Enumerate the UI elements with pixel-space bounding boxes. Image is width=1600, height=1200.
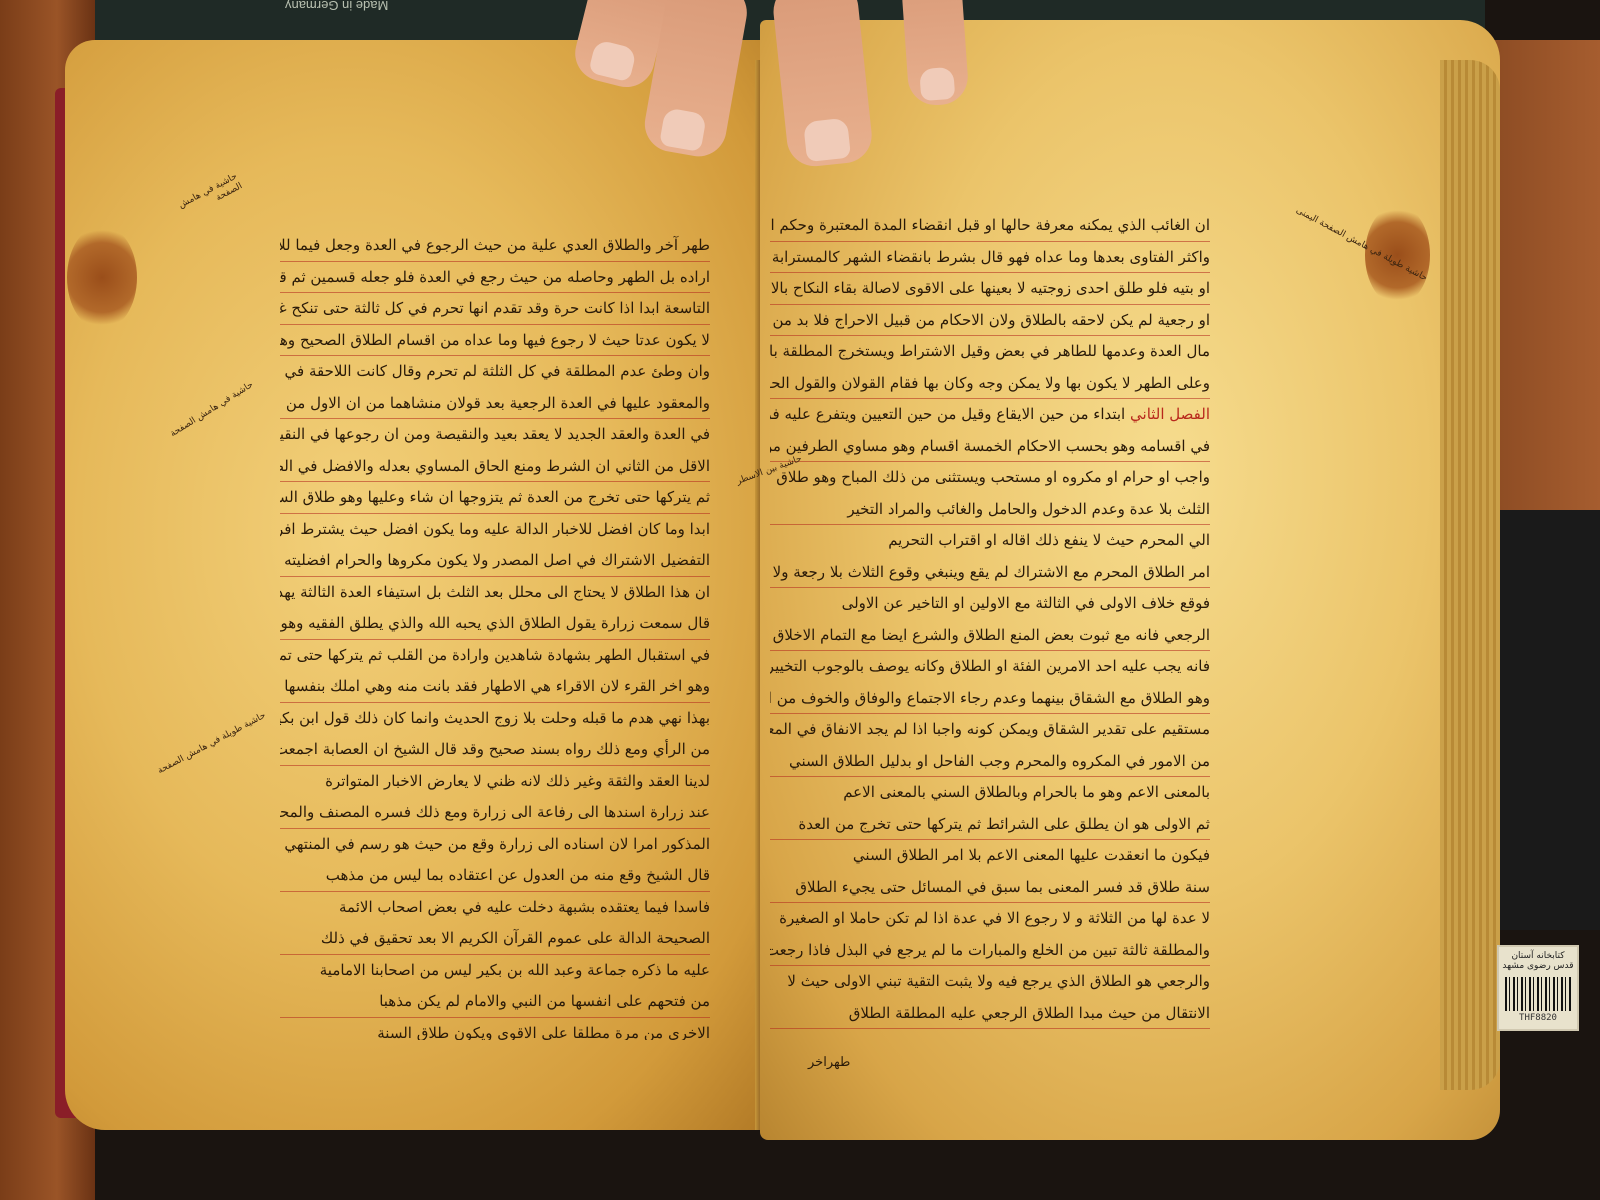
barcode — [1505, 977, 1571, 1011]
text-line: وان وطئ عدم المطلقة في كل الثلثة لم تحرم… — [280, 356, 710, 388]
line-text: الصحيحة الدالة على عموم القرآن الكريم ال… — [321, 929, 710, 947]
line-text: التفضيل الاشتراك في اصل المصدر ولا يكون … — [280, 551, 710, 569]
text-line: الاقل من الثاني ان الشرط ومنع الحاق المس… — [280, 451, 710, 483]
line-text: طهر آخر والطلاق العدي علية من حيث الرجوع… — [280, 236, 710, 254]
text-line: ثم يتركها حتى تخرج من العدة ثم يتزوجها ا… — [280, 482, 710, 514]
text-line: واكثر الفتاوى بعدها وما عداه فهو قال بشر… — [770, 242, 1210, 274]
line-text: والمعقود عليها في العدة الرجعية بعد قولا… — [280, 394, 710, 412]
text-line: من الامور في المكروه والمحرم وجب الفاحل … — [770, 746, 1210, 778]
line-text: وان وطئ عدم المطلقة في كل الثلثة لم تحرم… — [280, 362, 710, 380]
line-text: سنة طلاق قد فسر المعنى بما سبق في المسائ… — [795, 878, 1210, 896]
text-line: طهر آخر والطلاق العدي علية من حيث الرجوع… — [280, 230, 710, 262]
line-text: وهو اخر القرء لان الاقراء هي الاطهار فقد… — [280, 677, 710, 695]
text-line: مال العدة وعدمها للطاهر في بعض وقيل الاش… — [770, 336, 1210, 368]
line-text: فاسدا فيما يعتقده بشبهة دخلت عليه في بعض… — [339, 898, 710, 916]
line-text: من الرأي ومع ذلك رواه بسند صحيح وقد قال … — [280, 740, 710, 758]
line-text: الاخرى من مرة مطلقا على الاقوى ويكون طلا… — [377, 1024, 710, 1041]
line-text: وعلى الطهر لا يكون بها ولا يمكن وجه وكان… — [770, 374, 1210, 392]
text-line: ثم الاولى هو ان يطلق على الشرائط ثم يترك… — [770, 809, 1210, 841]
text-line: ابدا وما كان افضل للاخبار الدالة عليه وم… — [280, 514, 710, 546]
line-text: بالمعنى الاعم وهو ما بالحرام وبالطلاق ال… — [843, 783, 1210, 801]
dark-book-spine — [1500, 510, 1600, 930]
text-line: الثلث بلا عدة وعدم الدخول والحامل والغائ… — [770, 494, 1210, 526]
text-line: او الانتقال من حيث يطلق طلاقا على الشراي… — [770, 1029, 1210, 1030]
line-text: قال الشيخ وقع منه من العدول عن اعتقاده ب… — [326, 866, 710, 884]
catchword: طهراخر — [808, 1055, 850, 1070]
line-text: ثم الاولى هو ان يطلق على الشرائط ثم يترك… — [798, 815, 1210, 833]
left-page: طهر آخر والطلاق العدي علية من حيث الرجوع… — [65, 40, 775, 1130]
text-line: لا عدة لها من الثلاثة و لا رجوع الا في ع… — [770, 903, 1210, 935]
text-line: في العدة والعقد الجديد لا يعقد بعيد والن… — [280, 419, 710, 451]
line-text: من فتحهم على انفسها من النبي والامام لم … — [379, 992, 710, 1010]
text-line: عليه ما ذكره جماعة وعبد الله بن بكير ليس… — [280, 955, 710, 987]
text-line: الصحيحة الدالة على عموم القرآن الكريم ال… — [280, 923, 710, 955]
text-line: الفصل الثاني ابتداء من حين الايقاع وقيل … — [770, 399, 1210, 431]
line-text: فيكون ما انعقدت عليها المعنى الاعم بلا ا… — [853, 846, 1210, 864]
fingernail — [919, 67, 955, 101]
line-text: لا عدة لها من الثلاثة و لا رجوع الا في ع… — [779, 909, 1210, 927]
text-line: والمطلقة ثالثة تبين من الخلع والمبارات م… — [770, 935, 1210, 967]
text-line: او بتيه فلو طلق احدى زوجتيه لا بعينها عل… — [770, 273, 1210, 305]
line-text: واجب او حرام او مكروه او مستحب ويستثنى م… — [770, 468, 1210, 486]
text-line: التفضيل الاشتراك في اصل المصدر ولا يكون … — [280, 545, 710, 577]
line-text: في العدة والعقد الجديد لا يعقد بعيد والن… — [280, 425, 710, 443]
water-stain — [67, 225, 137, 330]
line-text: في اقسامه وهو بحسب الاحكام الخمسة اقسام … — [770, 437, 1210, 455]
text-line: فيكون ما انعقدت عليها المعنى الاعم بلا ا… — [770, 840, 1210, 872]
line-text: لدينا العقد والثقة وغير ذلك لانه ظني لا … — [325, 772, 710, 790]
marginalia-top-left: حاشية في هامش الصفحة — [155, 171, 295, 328]
fingernail — [588, 39, 637, 82]
library-label-text: کتابخانه آستان قدس رضوی مشهد — [1499, 947, 1577, 975]
text-line: الانتقال من حيث مبدا الطلاق الرجعي عليه … — [770, 998, 1210, 1030]
line-text: المذكور امرا لان اسناده الى زرارة وقع من… — [284, 835, 710, 853]
line-text: ان هذا الطلاق لا يحتاج الى محلل بعد الثل… — [280, 583, 710, 601]
line-text: بهذا نهي هدم ما قبله وحلت بلا زوج الحديث… — [280, 709, 710, 727]
text-line: الي المحرم حيث لا ينفع ذلك اقاله او اقتر… — [770, 525, 1210, 557]
text-line: في استقبال الطهر بشهادة شاهدين وارادة من… — [280, 640, 710, 672]
text-line: لا يكون عدتا حيث لا رجوع فيها وما عداه م… — [280, 325, 710, 357]
text-line: والمعقود عليها في العدة الرجعية بعد قولا… — [280, 388, 710, 420]
line-text: من الامور في المكروه والمحرم وجب الفاحل … — [789, 752, 1210, 770]
line-text: الانتقال من حيث مبدا الطلاق الرجعي عليه … — [849, 1004, 1210, 1022]
line-text: عند زرارة اسندها الى رفاعة الى زرارة ومع… — [280, 803, 710, 821]
text-line: سنة طلاق قد فسر المعنى بما سبق في المسائ… — [770, 872, 1210, 904]
page-edges — [1440, 60, 1500, 1090]
barcode-id: THF8820 — [1499, 1013, 1577, 1023]
text-line: ان الغائب الذي يمكنه معرفة حالها او قبل … — [770, 210, 1210, 242]
line-text: في استقبال الطهر بشهادة شاهدين وارادة من… — [280, 646, 710, 664]
line-text: ابدا وما كان افضل للاخبار الدالة عليه وم… — [280, 520, 710, 538]
line-text: الي المحرم حيث لا ينفع ذلك اقاله او اقتر… — [888, 531, 1210, 549]
text-line: والرجعي هو الطلاق الذي يرجع فيه ولا يثبت… — [770, 966, 1210, 998]
text-line: وهو اخر القرء لان الاقراء هي الاطهار فقد… — [280, 671, 710, 703]
line-text: عليه ما ذكره جماعة وعبد الله بن بكير ليس… — [320, 961, 710, 979]
text-line: من الرأي ومع ذلك رواه بسند صحيح وقد قال … — [280, 734, 710, 766]
text-line: التاسعة ابدا اذا كانت حرة وقد تقدم انها … — [280, 293, 710, 325]
text-line: وعلى الطهر لا يكون بها ولا يمكن وجه وكان… — [770, 368, 1210, 400]
line-text: والمطلقة ثالثة تبين من الخلع والمبارات م… — [770, 941, 1210, 959]
text-line: لدينا العقد والثقة وغير ذلك لانه ظني لا … — [280, 766, 710, 798]
text-line: ان هذا الطلاق لا يحتاج الى محلل بعد الثل… — [280, 577, 710, 609]
line-text: التاسعة ابدا اذا كانت حرة وقد تقدم انها … — [280, 299, 710, 317]
fingernail — [659, 107, 707, 152]
fingernail — [803, 118, 851, 162]
library-label: کتابخانه آستان قدس رضوی مشهد THF8820 — [1497, 945, 1579, 1031]
text-line: في اقسامه وهو بحسب الاحكام الخمسة اقسام … — [770, 431, 1210, 463]
text-line: قال سمعت زرارة يقول الطلاق الذي يحبه الل… — [280, 608, 710, 640]
line-text: مال العدة وعدمها للطاهر في بعض وقيل الاش… — [770, 342, 1210, 360]
line-text: لا يكون عدتا حيث لا رجوع فيها وما عداه م… — [280, 331, 710, 349]
line-text: قال سمعت زرارة يقول الطلاق الذي يحبه الل… — [280, 614, 710, 632]
line-text: او بتيه فلو طلق احدى زوجتيه لا بعينها عل… — [770, 279, 1210, 297]
text-line: المذكور امرا لان اسناده الى زرارة وقع من… — [280, 829, 710, 861]
left-page-text-block: طهر آخر والطلاق العدي علية من حيث الرجوع… — [280, 230, 710, 1040]
box-label: Made in Germany — [285, 0, 388, 13]
line-text: ابتداء من حين الايقاع وقيل من حين التعيي… — [770, 405, 1125, 423]
text-line: من فتحهم على انفسها من النبي والامام لم … — [280, 986, 710, 1018]
line-text: فوقع خلاف الاولى في الثالثة مع الاولين ا… — [842, 594, 1210, 612]
line-text: اراده بل الطهر وحاصله من حيث رجع في العد… — [280, 268, 710, 286]
text-line: او رجعية لم يكن لاحقه بالطلاق ولان الاحك… — [770, 305, 1210, 337]
right-page: ان الغائب الذي يمكنه معرفة حالها او قبل … — [760, 20, 1500, 1140]
text-line: الاخرى من مرة مطلقا على الاقوى ويكون طلا… — [280, 1018, 710, 1041]
line-text: الاقل من الثاني ان الشرط ومنع الحاق المس… — [280, 457, 710, 475]
finger-4 — [900, 0, 969, 107]
line-text: واكثر الفتاوى بعدها وما عداه فهو قال بشر… — [770, 248, 1210, 266]
text-line: اراده بل الطهر وحاصله من حيث رجع في العد… — [280, 262, 710, 294]
text-line: بهذا نهي هدم ما قبله وحلت بلا زوج الحديث… — [280, 703, 710, 735]
line-text: او رجعية لم يكن لاحقه بالطلاق ولان الاحك… — [770, 311, 1210, 329]
text-line: مستقيم على تقدير الشقاق ويمكن كونه واجبا… — [770, 714, 1210, 746]
line-text: والرجعي هو الطلاق الذي يرجع فيه ولا يثبت… — [787, 972, 1210, 990]
text-line: بالمعنى الاعم وهو ما بالحرام وبالطلاق ال… — [770, 777, 1210, 809]
text-line: عند زرارة اسندها الى رفاعة الى زرارة ومع… — [280, 797, 710, 829]
line-text: ثم يتركها حتى تخرج من العدة ثم يتزوجها ا… — [280, 488, 710, 506]
line-text: مستقيم على تقدير الشقاق ويمكن كونه واجبا… — [770, 720, 1210, 738]
line-text: ان الغائب الذي يمكنه معرفة حالها او قبل … — [770, 216, 1210, 234]
